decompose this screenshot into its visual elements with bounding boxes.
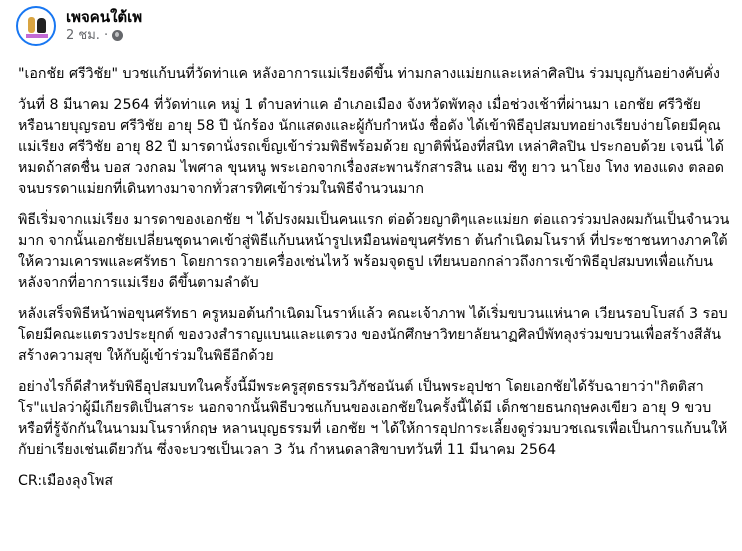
globe-icon[interactable] [112,30,123,41]
post-body: "เอกชัย ศรีวิชัย" บวชแก้บนที่วัดท่าแค หล… [18,64,730,502]
page-avatar[interactable] [16,6,56,46]
post-meta: เพจคนใต้เพ 2 ชม. · [66,8,142,44]
post-timestamp[interactable]: 2 ชม. [66,27,100,44]
avatar-figure [28,17,35,33]
avatar-banner [26,34,48,38]
facebook-post: เพจคนใต้เพ 2 ชม. · "เอกชัย ศรีวิชัย" บวช… [0,0,742,551]
post-paragraph: พิธีเริ่มจากแม่เรียง มารดาของเอกชัย ฯ ได… [18,210,730,294]
page-name-link[interactable]: เพจคนใต้เพ [66,8,142,27]
separator-dot: · [104,27,108,44]
post-paragraph: "เอกชัย ศรีวิชัย" บวชแก้บนที่วัดท่าแค หล… [18,64,730,85]
post-paragraph: หลังเสร็จพิธีหน้าพ่อขุนศรัทธา ครูหมอต้นก… [18,304,730,367]
post-paragraph: อย่างไรก็ดีสำหรับพิธีอุปสมบทในครั้งนี้มี… [18,377,730,461]
post-subline: 2 ชม. · [66,27,142,44]
post-credit: CR:เมืองลุงโพส [18,471,730,492]
avatar-figure [37,18,46,33]
post-header: เพจคนใต้เพ 2 ชม. · [16,6,142,46]
post-paragraph: วันที่ 8 มีนาคม 2564 ที่วัดท่าแค หมู่ 1 … [18,95,730,200]
